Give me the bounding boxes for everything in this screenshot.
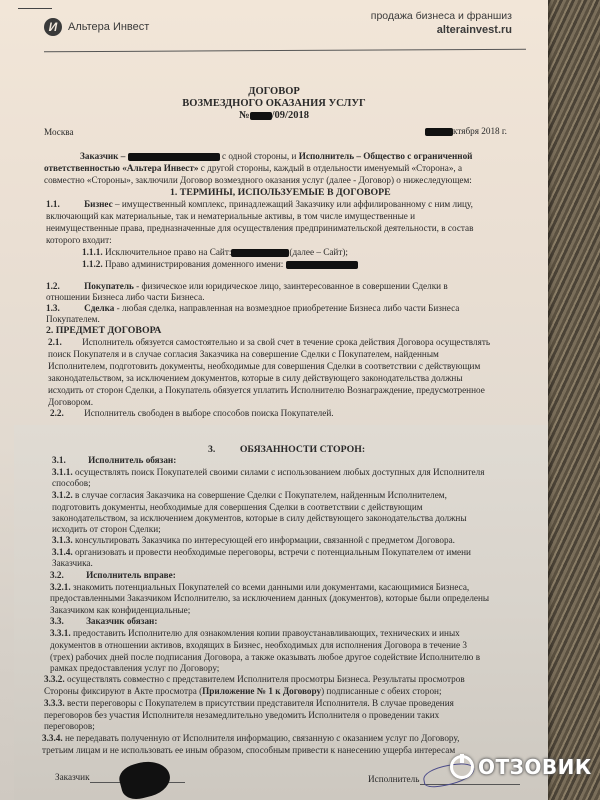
clause-3-1-2: 3.1.2. в случае согласия Заказчика на со… bbox=[52, 491, 447, 500]
clause-2-1-line-2: поиск Покупателя и в случае согласия Зак… bbox=[48, 350, 439, 359]
redacted-site bbox=[231, 249, 289, 257]
logo-mark-icon: И bbox=[44, 18, 62, 36]
redacted-date bbox=[425, 128, 453, 136]
section-1-heading: 1. ТЕРМИНЫ, ИСПОЛЬЗУЕМЫЕ В ДОГОВОРЕ bbox=[170, 188, 391, 198]
section-2-heading: 2. ПРЕДМЕТ ДОГОВОРА bbox=[46, 326, 161, 336]
clause-3-2-1-line-2: предоставленными Заказчиком Исполнителю,… bbox=[50, 594, 489, 603]
contract-date: ктября 2018 г. bbox=[425, 127, 507, 136]
clause-3-3-4: 3.3.4. не передавать полученную от Испол… bbox=[42, 734, 459, 743]
doc-number: №/09/2018 bbox=[0, 110, 548, 121]
header-dash bbox=[18, 8, 52, 9]
clause-1-1-line-2: включающий как материальные, так и немат… bbox=[46, 212, 415, 221]
power-icon bbox=[450, 755, 474, 779]
clause-2-1-line-3: Исполнителем, подготовить документы, нео… bbox=[48, 362, 480, 371]
clause-2-2: 2.2. Исполнитель свободен в выборе спосо… bbox=[50, 409, 334, 418]
clause-3-1-4: 3.1.4. организовать и провести необходим… bbox=[52, 548, 471, 557]
clause-1-1: 1.1. Бизнес – имущественный комплекс, пр… bbox=[46, 200, 473, 209]
clause-1-1-line-3: неимущественные права, предназначенные д… bbox=[46, 224, 473, 233]
watermark-text: ОТЗОВИК bbox=[478, 755, 592, 779]
redacted-domain bbox=[286, 261, 358, 269]
otzovik-watermark: ОТЗОВИК bbox=[450, 755, 592, 779]
clause-3-3-1-line-4: рамках предоставления услуг по Договору; bbox=[50, 664, 219, 673]
clause-3-3-1-line-3: (трех) рабочих дней после подписания Дог… bbox=[50, 653, 480, 662]
clause-1-1-1: 1.1.1. Исключительное право на Сайт:(дал… bbox=[82, 248, 348, 257]
doc-subtitle: ВОЗМЕЗДНОГО ОКАЗАНИЯ УСЛУГ bbox=[0, 98, 548, 109]
clause-3-1-3: 3.1.3. консультировать Заказчика по инте… bbox=[52, 536, 455, 545]
clause-3-1-2-line-4: исходить от сторон Сделки; bbox=[52, 525, 161, 534]
clause-1-3-line-2: Покупателем. bbox=[46, 315, 100, 324]
clause-3-2-1-line-3: Заказчиком как конфиденциальные; bbox=[50, 606, 190, 615]
preamble-line-2: ответственностью «Альтера Инвест» с друг… bbox=[44, 164, 462, 173]
clause-1-2: 1.2. Покупатель - физическое или юридиче… bbox=[46, 282, 448, 291]
customer-signature-label: Заказчик bbox=[55, 773, 90, 782]
clause-3-1: 3.1. Исполнитель обязан: bbox=[52, 456, 176, 465]
clause-1-1-2: 1.1.2. Право администрирования доменного… bbox=[82, 260, 358, 269]
company-logo: И Альтера Инвест bbox=[44, 18, 149, 36]
clause-3-3-3-line-2: переговоров без участия Исполнителя неза… bbox=[44, 711, 439, 720]
doc-title: ДОГОВОР bbox=[0, 86, 548, 97]
clause-3-1-4-line-2: Заказчика. bbox=[52, 559, 93, 568]
preamble-line-1: Заказчик – с одной стороны, и Исполнител… bbox=[80, 152, 472, 161]
clause-3-2: 3.2. Исполнитель вправе: bbox=[50, 571, 176, 580]
clause-1-1-line-4: которого входит: bbox=[46, 236, 112, 245]
clause-3-3-4-line-2: третьим лицам и не использовать ее иным … bbox=[42, 746, 455, 755]
website: alterainvest.ru bbox=[371, 24, 512, 36]
executor-signature-label: Исполнитель bbox=[368, 775, 419, 784]
section-3-heading: 3. ОБЯЗАННОСТИ СТОРОН: bbox=[208, 445, 365, 455]
company-name: Альтера Инвест bbox=[68, 21, 149, 33]
tagline-text: продажа бизнеса и франшиз bbox=[371, 10, 512, 22]
clause-3-2-1: 3.2.1. знакомить потенциальных Покупател… bbox=[50, 583, 469, 592]
clause-3-3-1: 3.3.1. предоставить Исполнителю для озна… bbox=[50, 629, 460, 638]
clause-3-3-2-line-2: Стороны фиксируют в Акте просмотра (Прил… bbox=[44, 687, 442, 696]
clause-2-1-line-6: Договором. bbox=[48, 398, 93, 407]
redacted-customer bbox=[128, 153, 220, 161]
clause-3-1-1: 3.1.1. осуществлять поиск Покупателей св… bbox=[52, 468, 484, 477]
clause-3-1-2-line-3: законодательством, за исключением докуме… bbox=[52, 514, 467, 523]
clause-3-3-3: 3.3.3. вести переговоры с Покупателем в … bbox=[44, 699, 454, 708]
clause-3-3-1-line-2: документов в отношении активов, входящих… bbox=[50, 641, 467, 650]
redacted-number bbox=[250, 112, 272, 120]
clause-3-3-3-line-3: переговоров; bbox=[44, 722, 95, 731]
letterhead-tagline: продажа бизнеса и франшиз alterainvest.r… bbox=[371, 10, 512, 36]
clause-3-1-1-line-2: способов; bbox=[52, 479, 91, 488]
preamble-line-3: совместно «Стороны», заключили Договор в… bbox=[44, 176, 472, 185]
clause-2-1-line-4: законодательством, за исключением докуме… bbox=[48, 374, 463, 383]
clause-3-3: 3.3. Заказчик обязан: bbox=[50, 617, 157, 626]
clause-3-3-2: 3.3.2. осуществлять совместно с представ… bbox=[44, 675, 465, 684]
clause-3-1-2-line-2: подготовить документы, необходимые для с… bbox=[52, 503, 423, 512]
clause-1-3: 1.3. Сделка - любая сделка, направленная… bbox=[46, 304, 459, 313]
clause-2-1-line-5: исходить от сторон Сделки, а Покупатель … bbox=[48, 386, 485, 395]
clause-1-2-line-2: отношении Бизнеса либо части Бизнеса. bbox=[46, 293, 205, 302]
clause-2-1: 2.1. Исполнитель обязуется самостоятельн… bbox=[48, 338, 490, 347]
place: Москва bbox=[44, 128, 74, 137]
